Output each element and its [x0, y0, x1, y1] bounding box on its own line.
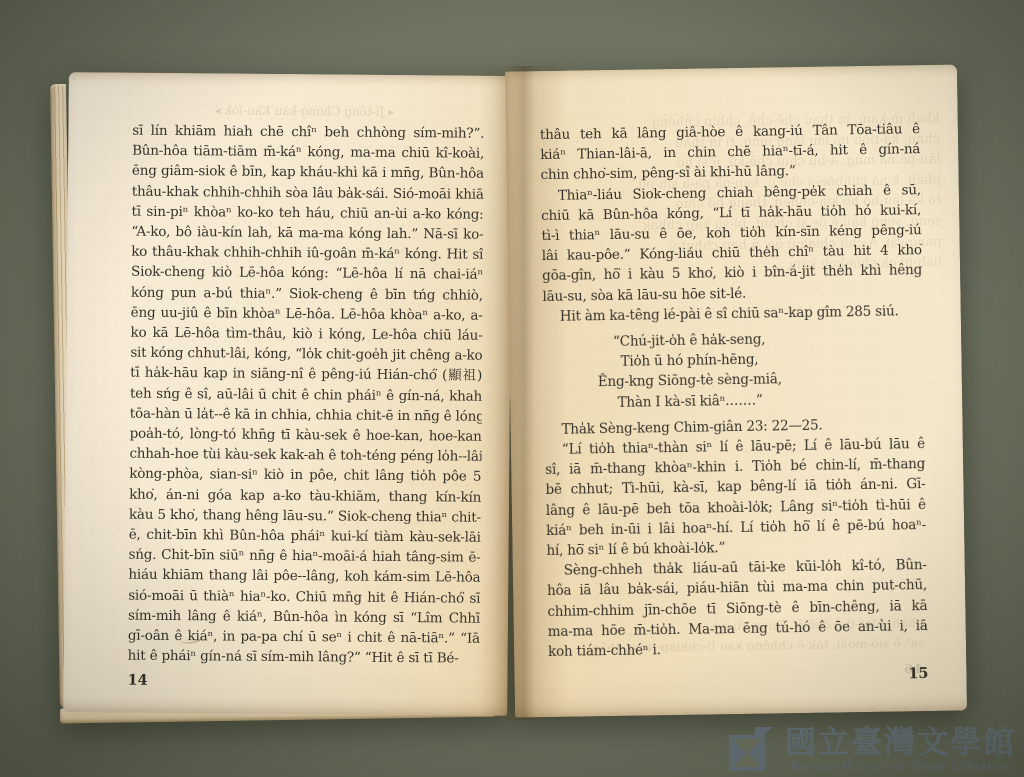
- text-line: thâu-khak chhih-chhih sòa lâu ba̍k-sái. …: [132, 181, 484, 204]
- book-page-left: ◂ Jî-tông Chong-kàu Kàu-io̍k ▸ sī lín kh…: [63, 72, 513, 716]
- watermark-text: 國立臺灣文學館 National Museum of Taiwan Litera…: [785, 726, 1016, 773]
- page-left-text: sī lín khiām hiah chē chîⁿ beh chhòng sí…: [127, 121, 484, 695]
- text-line: Siok-cheng kiò Lē-hôa kóng: “Lē-hôa lí n…: [131, 262, 483, 285]
- bleed-through-header: ◂ Jî-tông Chong-kàu Kàu-io̍k ▸: [124, 103, 484, 120]
- watermark-chinese-title: 國立臺灣文學館: [785, 726, 1016, 760]
- book-page-right: khah m̄-kam, in thau chē-chē, chhin chhē…: [505, 64, 967, 717]
- text-line: hiáu khiām thang lâi pôe--lâng, koh kám-…: [128, 565, 480, 588]
- watermark: 國立臺灣文學館 National Museum of Taiwan Litera…: [727, 725, 1016, 773]
- open-book: ◂ Jî-tông Chong-kàu Kàu-io̍k ▸ sī lín kh…: [52, 68, 968, 720]
- page-number-right: 15: [548, 664, 928, 690]
- text-line: kho͘, án-ni góa kap a-ko tàu-khiām, than…: [129, 484, 481, 507]
- text-line: hit ê pháiⁿ gín-ná sī sím-mih lâng?” “Hi…: [128, 646, 480, 669]
- text-line: tī ha̍k-hāu kap in siāng-nî ê pêng-iú Hi…: [130, 363, 482, 386]
- nmtl-logo-icon: [727, 725, 775, 773]
- page-number-left: 14: [127, 671, 479, 694]
- book-photo: ◂ Jî-tông Chong-kàu Kàu-io̍k ▸ sī lín kh…: [0, 0, 1024, 777]
- text-line: ēng giâm-siok ê bīn, kap kháu-khì kā i m…: [132, 161, 484, 184]
- watermark-english-title: National Museum of Taiwan Literature: [790, 761, 1010, 773]
- text-line: kòng-phòa, sian-siⁿ kiò in pôe, chit lân…: [129, 464, 481, 487]
- page-right-text: thâu teh kā lâng giâ-hòe ê kang-iú Tân T…: [540, 119, 929, 690]
- text-line: kóng pun a-bú thiaⁿ.” Siok-cheng ê bīn t…: [131, 282, 483, 305]
- text-line: teh sńg ê sî, aū-lâi ū chit ê chin pháiⁿ…: [130, 383, 482, 406]
